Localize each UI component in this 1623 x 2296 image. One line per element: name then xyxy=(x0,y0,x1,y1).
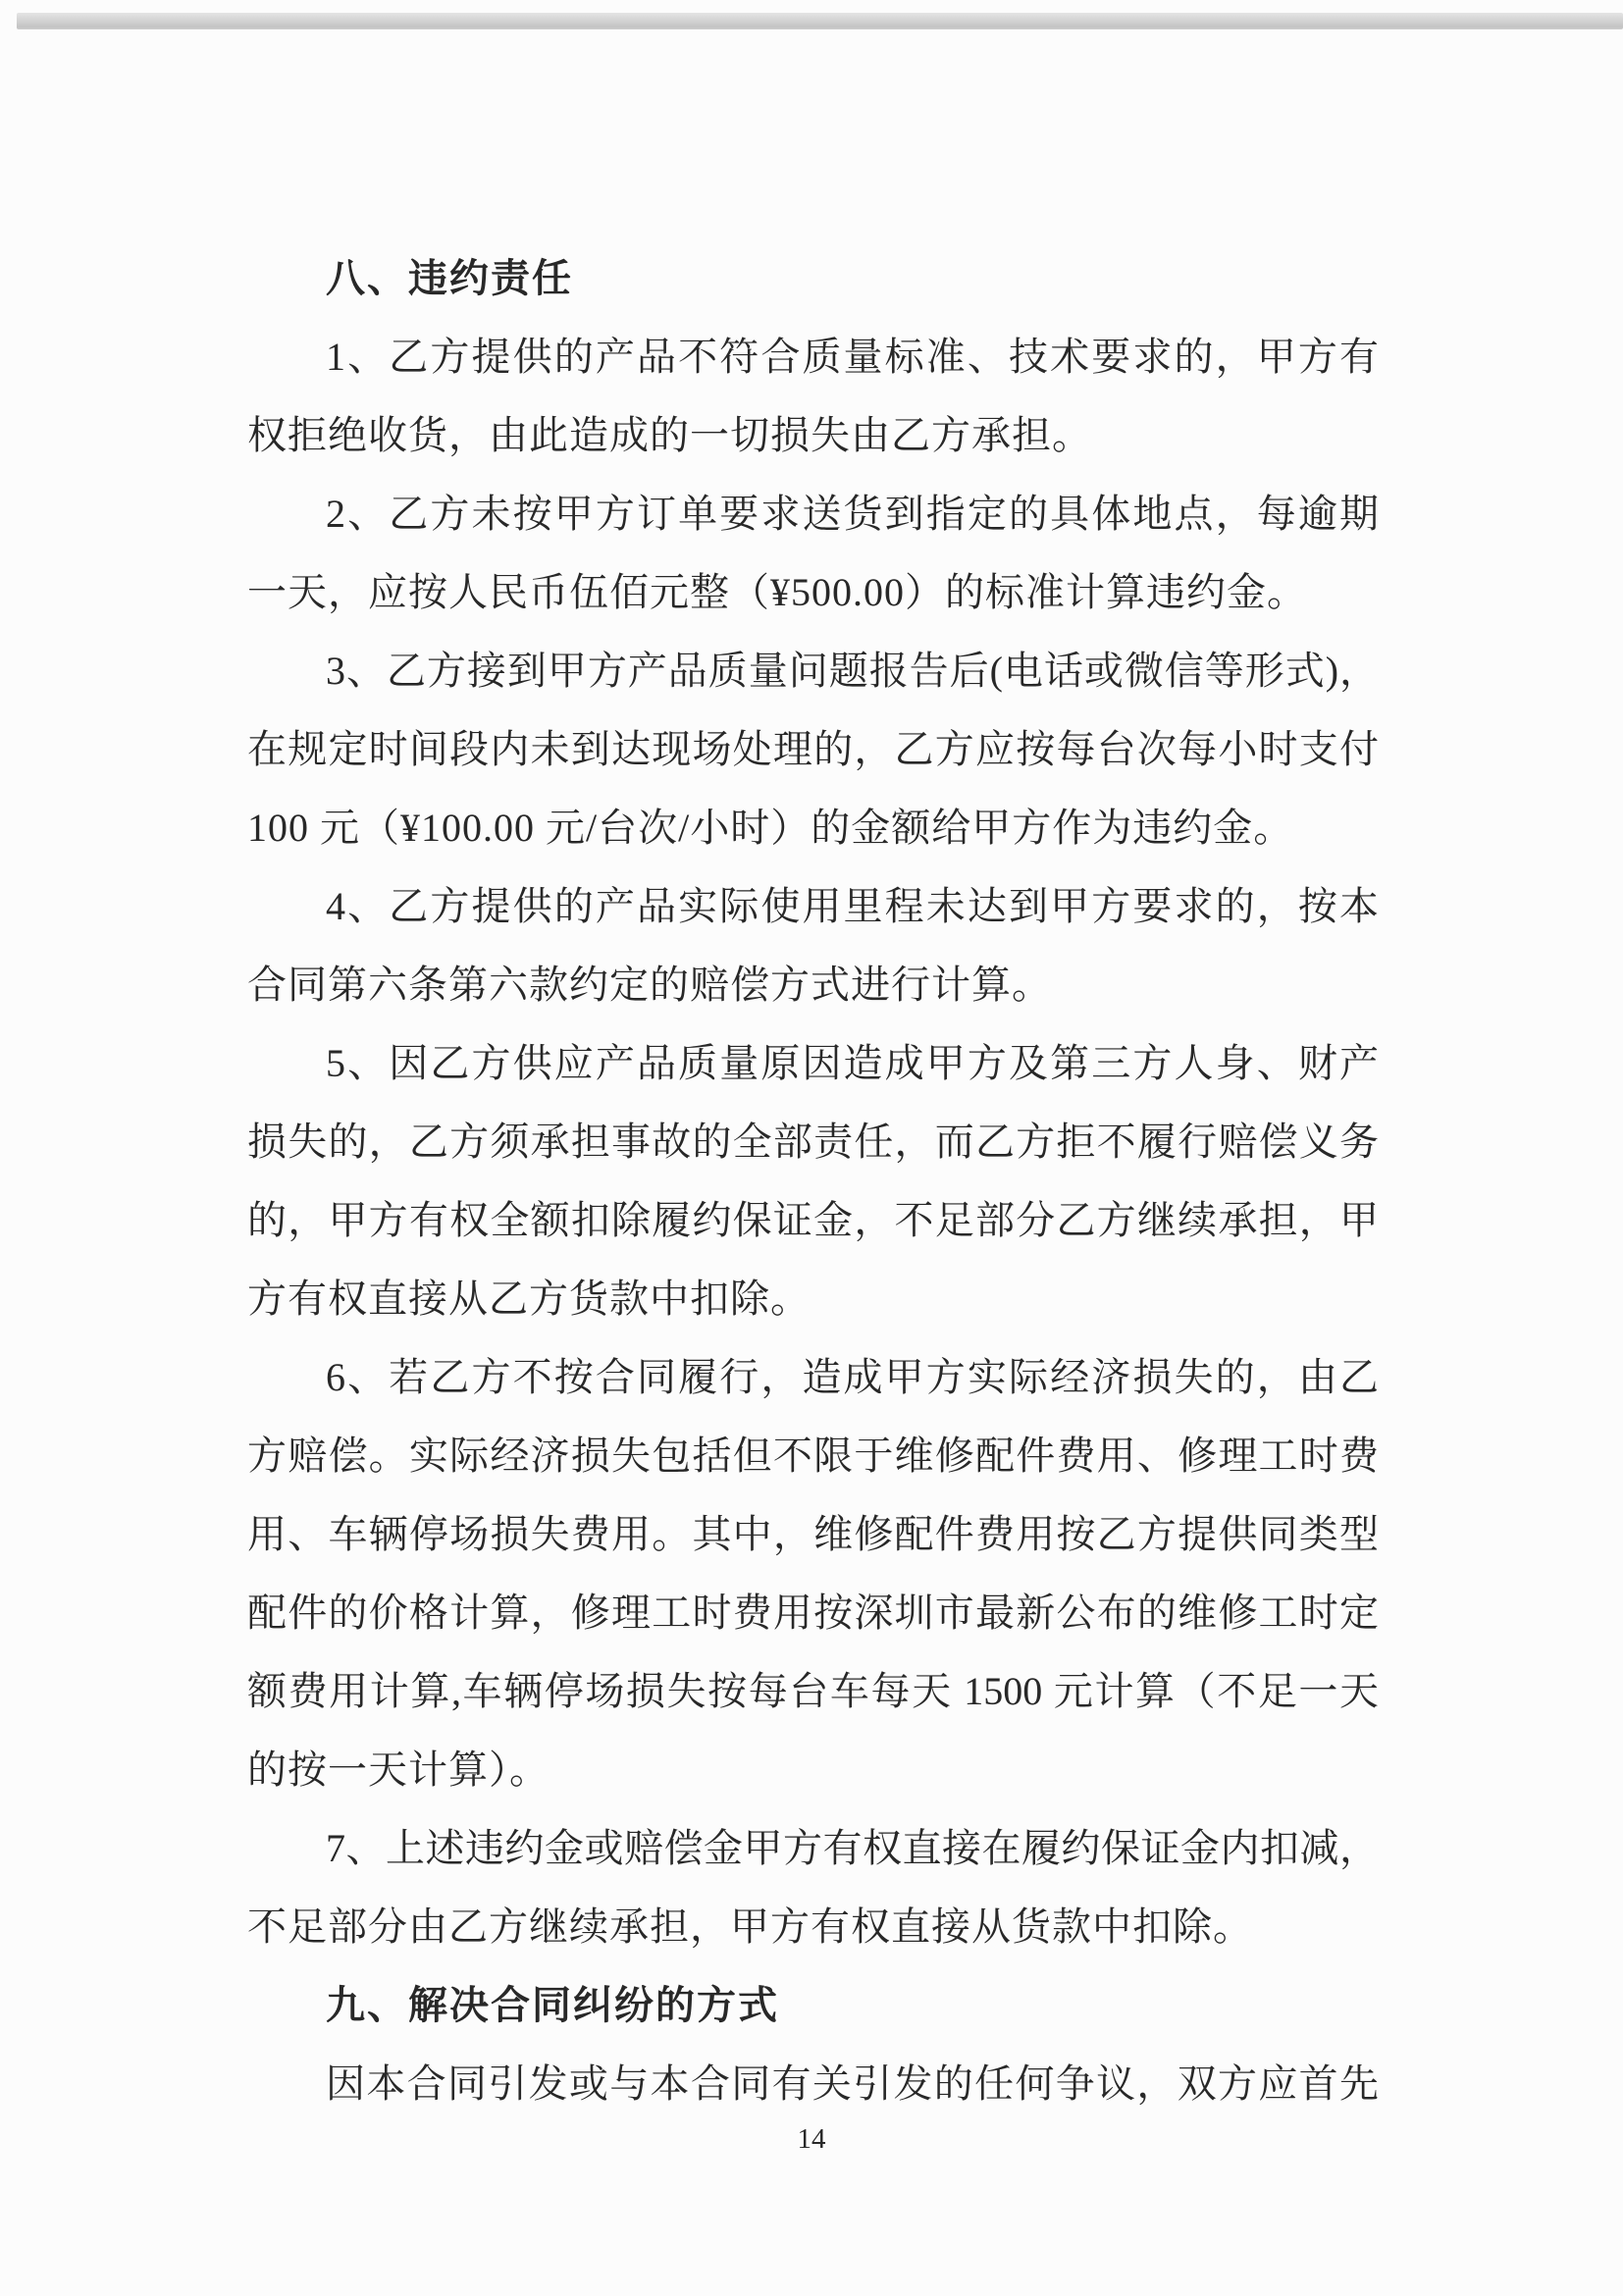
page-number: 14 xyxy=(0,2119,1623,2159)
text-line: 用、车辆停场损失费用。其中，维修配件费用按乙方提供同类型 xyxy=(247,1495,1379,1574)
scan-edge-artifact xyxy=(17,13,1623,29)
text-line: 4、乙方提供的产品实际使用里程未达到甲方要求的，按本 xyxy=(247,867,1379,946)
text-line: 不足部分由乙方继续承担，甲方有权直接从货款中扣除。 xyxy=(247,1888,1379,1966)
text-line: 在规定时间段内未到达现场处理的，乙方应按每台次每小时支付 xyxy=(247,710,1379,789)
text-line: 因本合同引发或与本合同有关引发的任何争议，双方应首先 xyxy=(247,2045,1379,2123)
text-line: 权拒绝收货，由此造成的一切损失由乙方承担。 xyxy=(247,396,1379,475)
text-line: 的，甲方有权全额扣除履约保证金，不足部分乙方继续承担，甲 xyxy=(247,1181,1379,1260)
text-line: 方有权直接从乙方货款中扣除。 xyxy=(247,1260,1379,1338)
text-line: 2、乙方未按甲方订单要求送货到指定的具体地点，每逾期 xyxy=(247,475,1379,553)
text-line: 7、上述违约金或赔偿金甲方有权直接在履约保证金内扣减， xyxy=(247,1809,1379,1888)
text-line: 6、若乙方不按合同履行，造成甲方实际经济损失的，由乙 xyxy=(247,1338,1379,1417)
text-line: 损失的，乙方须承担事故的全部责任，而乙方拒不履行赔偿义务 xyxy=(247,1103,1379,1181)
document-page: 八、违约责任1、乙方提供的产品不符合质量标准、技术要求的，甲方有权拒绝收货，由此… xyxy=(0,0,1623,2296)
text-line: 5、因乙方供应产品质量原因造成甲方及第三方人身、财产 xyxy=(247,1024,1379,1103)
text-line: 配件的价格计算，修理工时费用按深圳市最新公布的维修工时定 xyxy=(247,1574,1379,1652)
text-line: 额费用计算,车辆停场损失按每台车每天 1500 元计算（不足一天 xyxy=(247,1652,1379,1731)
text-line: 1、乙方提供的产品不符合质量标准、技术要求的，甲方有 xyxy=(247,318,1379,396)
section-heading: 九、解决合同纠纷的方式 xyxy=(247,1966,1379,2045)
document-body: 八、违约责任1、乙方提供的产品不符合质量标准、技术要求的，甲方有权拒绝收货，由此… xyxy=(247,239,1379,2123)
text-line: 的按一天计算）。 xyxy=(247,1731,1379,1809)
section-heading: 八、违约责任 xyxy=(247,239,1379,318)
text-line: 3、乙方接到甲方产品质量问题报告后(电话或微信等形式)， xyxy=(247,632,1379,710)
text-line: 100 元（¥100.00 元/台次/小时）的金额给甲方作为违约金。 xyxy=(247,789,1379,867)
text-line: 合同第六条第六款约定的赔偿方式进行计算。 xyxy=(247,946,1379,1024)
text-line: 一天，应按人民币伍佰元整（¥500.00）的标准计算违约金。 xyxy=(247,553,1379,632)
text-line: 方赔偿。实际经济损失包括但不限于维修配件费用、修理工时费 xyxy=(247,1417,1379,1495)
